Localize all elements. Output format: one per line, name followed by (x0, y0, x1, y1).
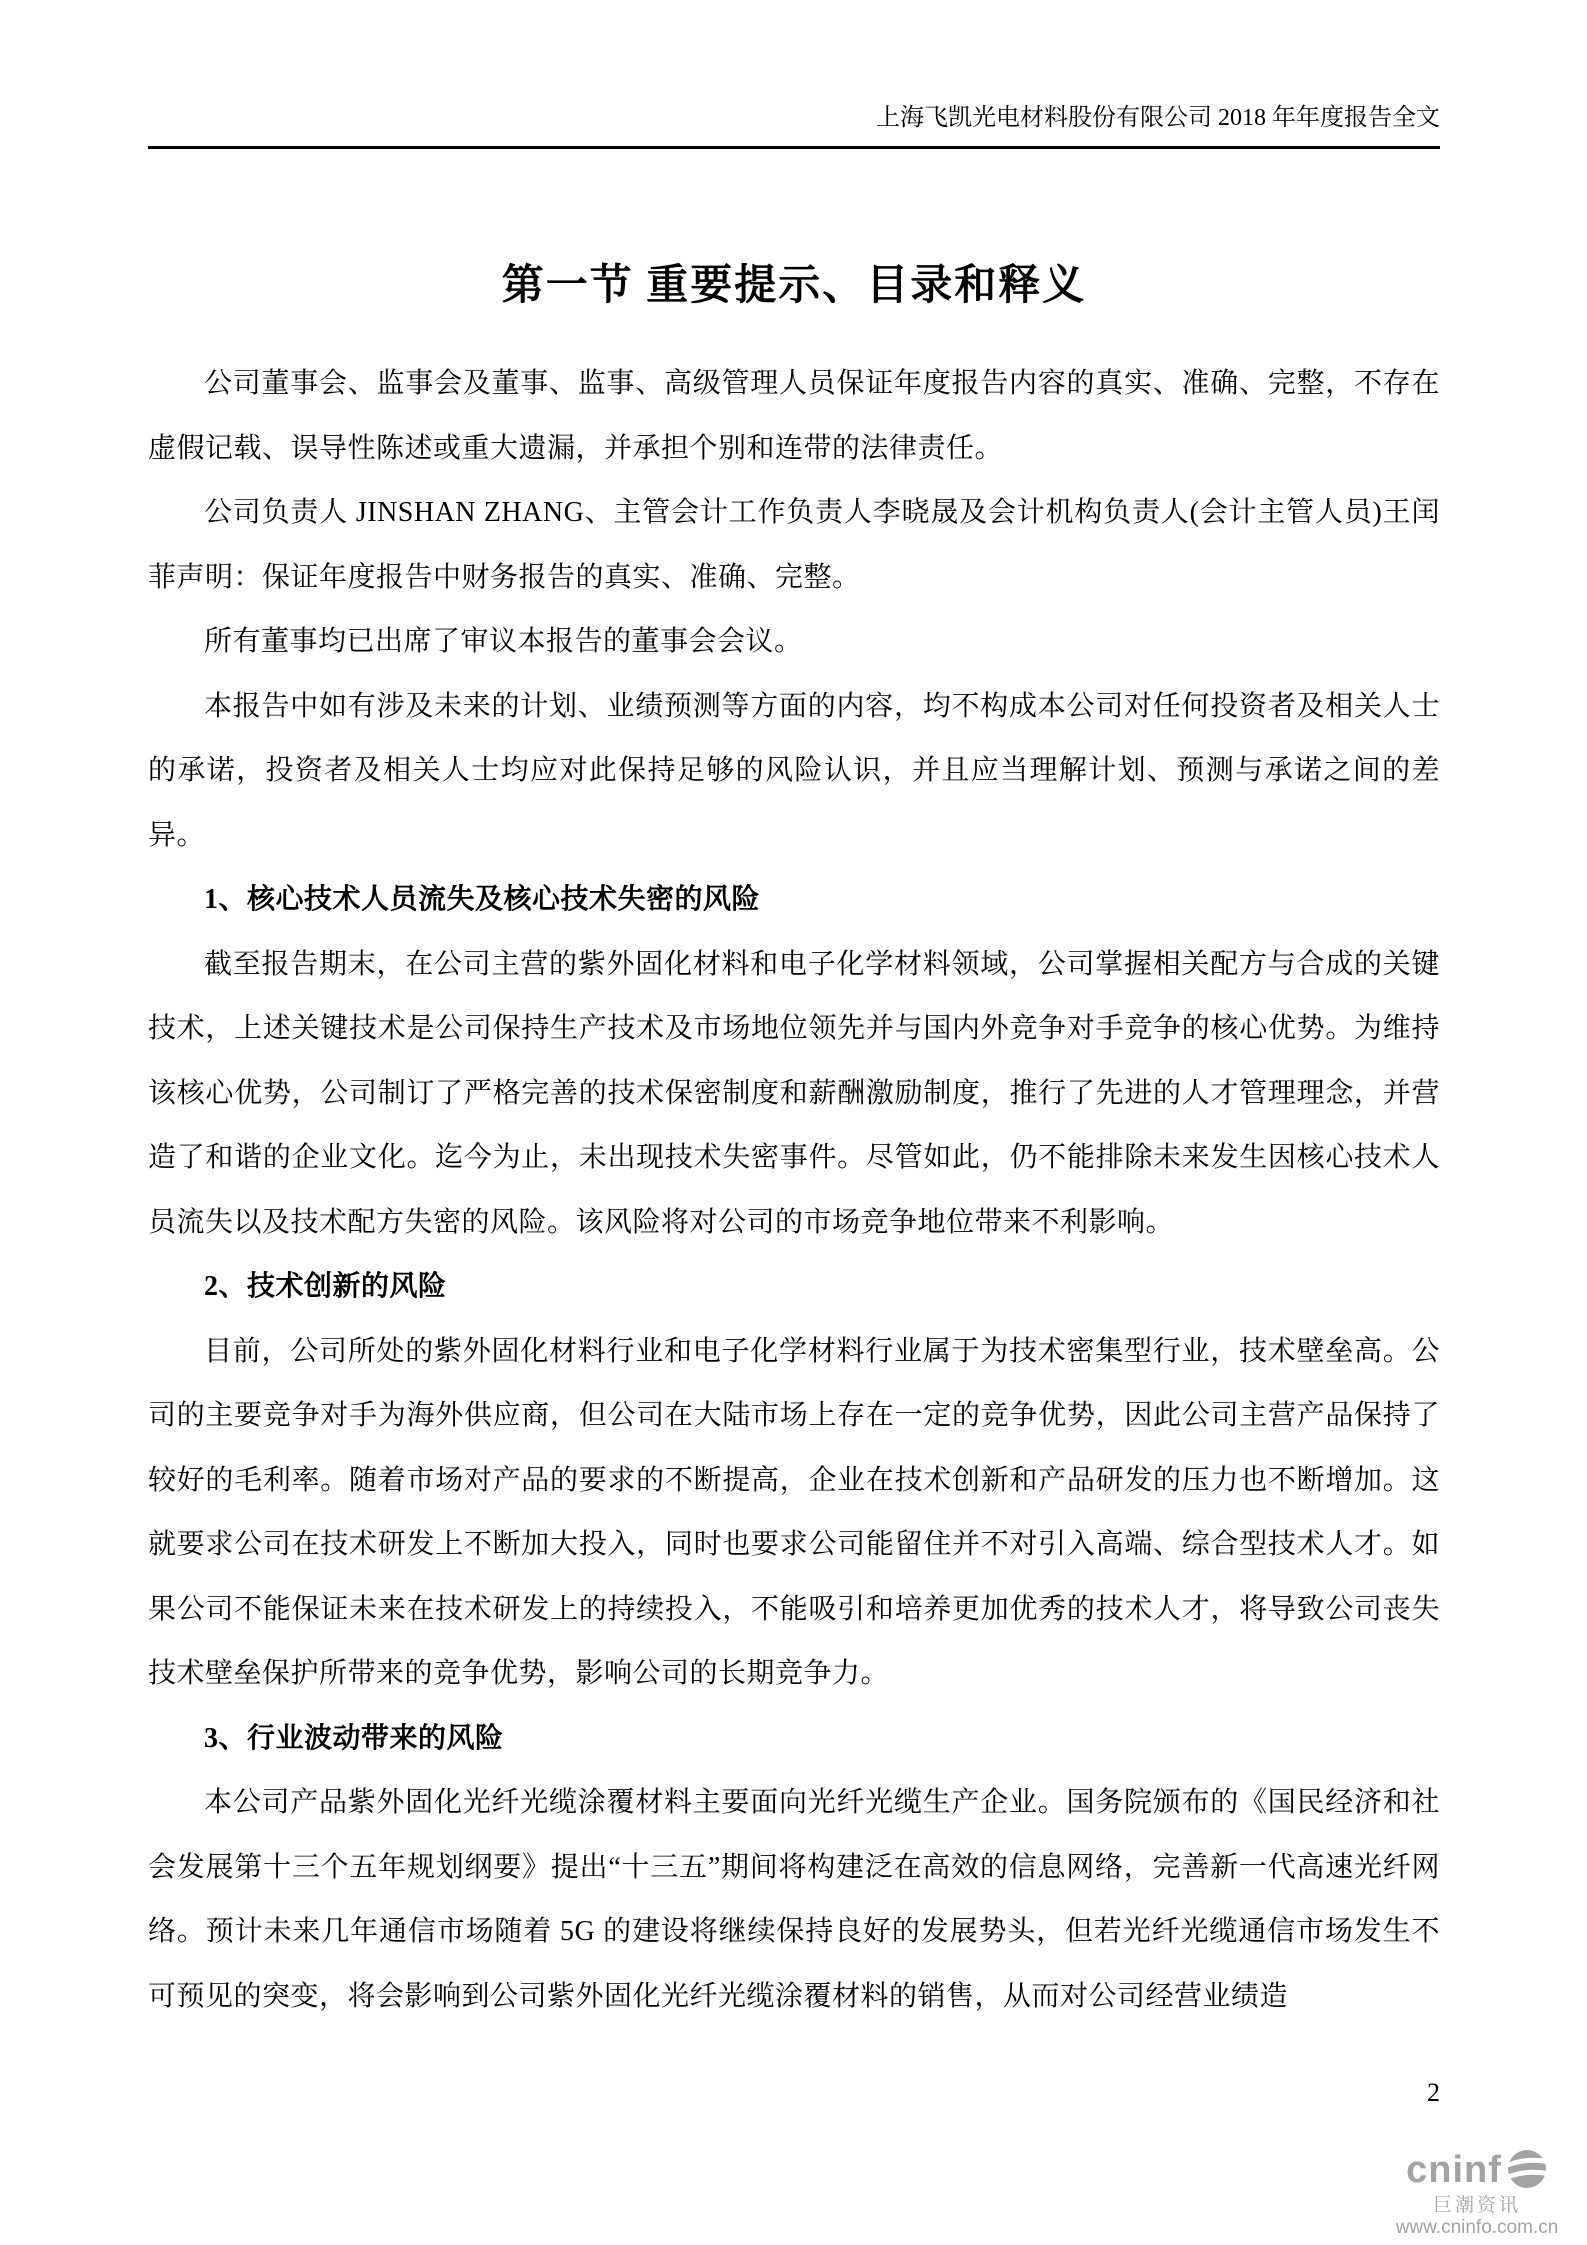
page-number: 2 (148, 2078, 1440, 2108)
paragraph: 目前，公司所处的紫外固化材料行业和电子化学材料行业属于为技术密集型行业，技术壁垒… (148, 1320, 1440, 1707)
paragraph: 公司董事会、监事会及董事、监事、高级管理人员保证年度报告内容的真实、准确、完整，… (148, 352, 1440, 481)
paragraph: 所有董事均已出席了审议本报告的董事会会议。 (148, 610, 1440, 675)
document-body: 公司董事会、监事会及董事、监事、高级管理人员保证年度报告内容的真实、准确、完整，… (148, 352, 1440, 2029)
paragraph: 公司负责人 JINSHAN ZHANG、主管会计工作负责人李晓晟及会计机构负责人… (148, 481, 1440, 610)
globe-swirl-icon (1506, 2148, 1548, 2195)
section-title: 第一节 重要提示、目录和释义 (148, 252, 1440, 312)
cninfo-brand-chinese: 巨潮资讯 (1377, 2196, 1577, 2217)
paragraph: 本公司产品紫外固化光纤光缆涂覆材料主要面向光纤光缆生产企业。国务院颁布的《国民经… (148, 1771, 1440, 2029)
risk-heading: 1、核心技术人员流失及核心技术失密的风险 (148, 868, 1440, 933)
risk-heading: 3、行业波动带来的风险 (148, 1707, 1440, 1772)
risk-heading: 2、技术创新的风险 (148, 1255, 1440, 1320)
page-header: 上海飞凯光电材料股份有限公司 2018 年年度报告全文 (148, 100, 1440, 149)
cninfo-wordmark: cninf (1406, 2150, 1502, 2192)
paragraph: 截至报告期末，在公司主营的紫外固化材料和电子化学材料领域，公司掌握相关配方与合成… (148, 933, 1440, 1256)
cninfo-url: www.cninfo.com.cn (1377, 2218, 1577, 2239)
cninfo-logo: cninf 巨潮资讯 www.cninfo.com.cn (1377, 2148, 1577, 2239)
page-header-title: 上海飞凯光电材料股份有限公司 2018 年年度报告全文 (876, 105, 1440, 131)
report-page: 上海飞凯光电材料股份有限公司 2018 年年度报告全文 第一节 重要提示、目录和… (0, 0, 1587, 2245)
paragraph: 本报告中如有涉及未来的计划、业绩预测等方面的内容，均不构成本公司对任何投资者及相… (148, 675, 1440, 869)
